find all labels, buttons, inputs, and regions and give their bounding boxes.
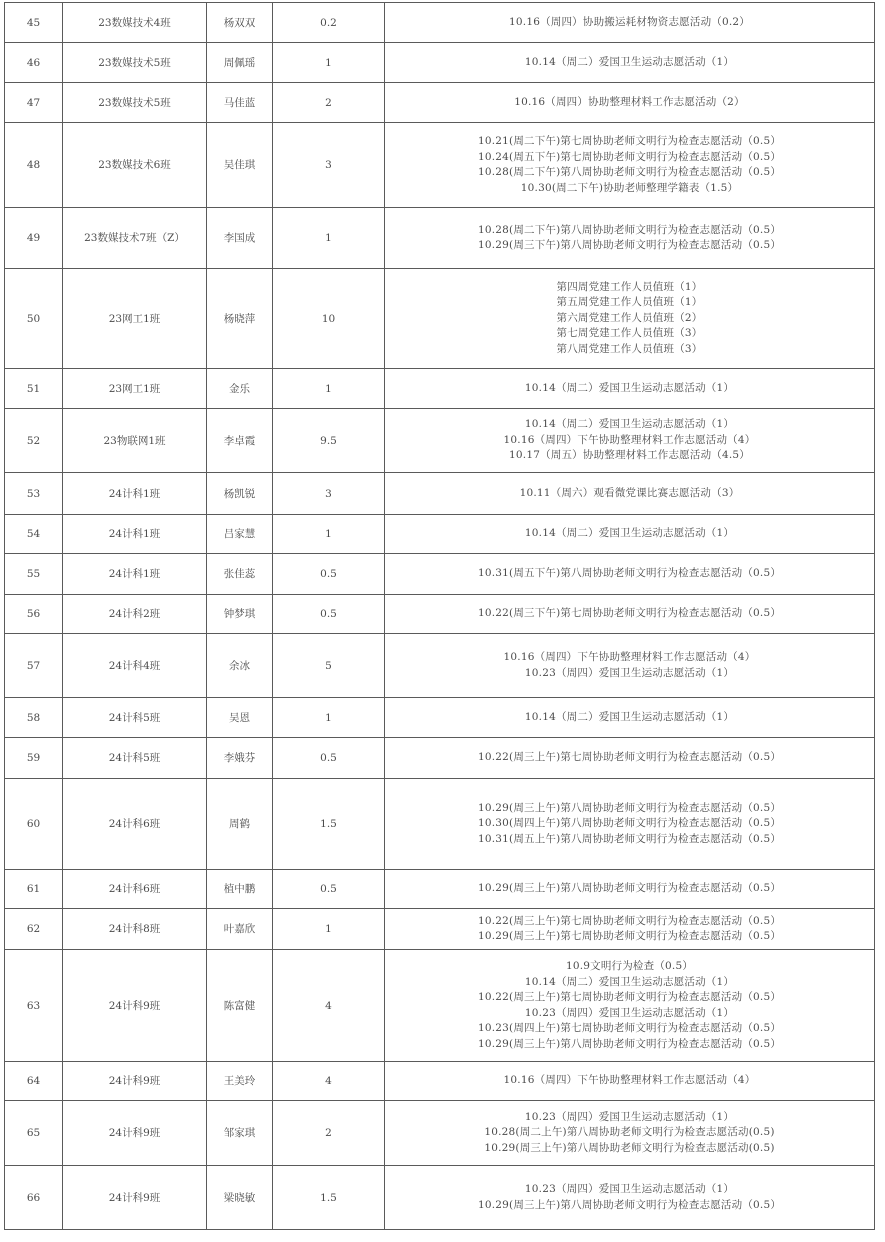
activity-description-cell: 10.22(周三上午)第七周协助老师文明行为检查志愿活动（0.5）10.29(周…: [385, 909, 875, 950]
activity-line: 10.30(周四上午)第八周协助老师文明行为检查志愿活动（0.5）: [387, 816, 872, 832]
hours-cell: 4: [273, 1062, 385, 1101]
student-name-cell: 李娥芬: [207, 738, 273, 779]
activity-line: 10.29(周三上午)第七周协助老师文明行为检查志愿活动（0.5）: [387, 929, 872, 945]
activity-line: 10.14（周二）爱国卫生运动志愿活动（1）: [387, 381, 872, 397]
table-row: 66 24计科9班 梁晓敏 1.5 10.23（周四）爱国卫生运动志愿活动（1）…: [5, 1166, 875, 1230]
table-row: 63 24计科9班 陈富健 4 10.9文明行为检查（0.5）10.14（周二）…: [5, 950, 875, 1062]
class-cell: 24计科9班: [63, 1101, 207, 1166]
activity-description-cell: 10.22(周三上午)第七周协助老师文明行为检查志愿活动（0.5）: [385, 738, 875, 779]
activity-line: 10.28(周二下午)第八周协助老师文明行为检查志愿活动（0.5）: [387, 165, 872, 181]
student-name-cell: 金乐: [207, 369, 273, 409]
activity-line: 10.23（周四）爱国卫生运动志愿活动（1）: [387, 666, 872, 682]
activity-description-cell: 第四周党建工作人员值班（1）第五周党建工作人员值班（1）第六周党建工作人员值班（…: [385, 269, 875, 369]
activity-line: 第七周党建工作人员值班（3）: [387, 326, 872, 342]
student-name-cell: 植中鹏: [207, 870, 273, 909]
student-name-cell: 杨双双: [207, 3, 273, 43]
class-cell: 23数媒技术5班: [63, 83, 207, 123]
student-name-cell: 余冰: [207, 634, 273, 698]
student-name-cell: 梁晓敏: [207, 1166, 273, 1230]
student-name-cell: 杨凯锐: [207, 473, 273, 515]
row-number-cell: 60: [5, 779, 63, 870]
activity-description-cell: 10.29(周三上午)第八周协助老师文明行为检查志愿活动（0.5）: [385, 870, 875, 909]
student-name-cell: 吴佳琪: [207, 123, 273, 208]
activity-line: 10.14（周二）爱国卫生运动志愿活动（1）: [387, 710, 872, 726]
activity-line: 10.31(周五下午)第八周协助老师文明行为检查志愿活动（0.5）: [387, 566, 872, 582]
table-row: 62 24计科8班 叶嘉欣 1 10.22(周三上午)第七周协助老师文明行为检查…: [5, 909, 875, 950]
class-cell: 24计科5班: [63, 698, 207, 738]
activity-line: 10.29(周三上午)第八周协助老师文明行为检查志愿活动(0.5): [387, 1141, 872, 1157]
activity-line: 10.16（周四）协助搬运耗材物资志愿活动（0.2）: [387, 15, 872, 31]
table-body: 45 23数媒技术4班 杨双双 0.2 10.16（周四）协助搬运耗材物资志愿活…: [5, 3, 875, 1230]
table-row: 60 24计科6班 周鹤 1.5 10.29(周三上午)第八周协助老师文明行为检…: [5, 779, 875, 870]
table-row: 48 23数媒技术6班 吴佳琪 3 10.21(周二下午)第七周协助老师文明行为…: [5, 123, 875, 208]
hours-cell: 3: [273, 123, 385, 208]
activity-description-cell: 10.28(周二下午)第八周协助老师文明行为检查志愿活动（0.5）10.29(周…: [385, 208, 875, 269]
activity-description-cell: 10.16（周四）下午协助整理材料工作志愿活动（4）10.23（周四）爱国卫生运…: [385, 634, 875, 698]
activity-line: 10.14（周二）爱国卫生运动志愿活动（1）: [387, 417, 872, 433]
hours-cell: 1: [273, 208, 385, 269]
activity-description-cell: 10.16（周四）协助搬运耗材物资志愿活动（0.2）: [385, 3, 875, 43]
hours-cell: 1: [273, 43, 385, 83]
activity-line: 10.31(周五上午)第八周协助老师文明行为检查志愿活动（0.5）: [387, 832, 872, 848]
hours-cell: 1.5: [273, 779, 385, 870]
hours-cell: 2: [273, 83, 385, 123]
table-row: 65 24计科9班 邹家琪 2 10.23（周四）爱国卫生运动志愿活动（1）10…: [5, 1101, 875, 1166]
activity-line: 10.29(周三上午)第八周协助老师文明行为检查志愿活动（0.5）: [387, 1037, 872, 1053]
activity-line: 10.16（周四）下午协助整理材料工作志愿活动（4）: [387, 433, 872, 449]
table-row: 47 23数媒技术5班 马佳蓝 2 10.16（周四）协助整理材料工作志愿活动（…: [5, 83, 875, 123]
activity-description-cell: 10.11（周六）观看微党课比赛志愿活动（3）: [385, 473, 875, 515]
activity-line: 10.9文明行为检查（0.5）: [387, 959, 872, 975]
activity-description-cell: 10.23（周四）爱国卫生运动志愿活动（1）10.28(周二上午)第八周协助老师…: [385, 1101, 875, 1166]
activity-line: 10.14（周二）爱国卫生运动志愿活动（1）: [387, 55, 872, 71]
table-row: 57 24计科4班 余冰 5 10.16（周四）下午协助整理材料工作志愿活动（4…: [5, 634, 875, 698]
activity-line: 10.16（周四）下午协助整理材料工作志愿活动（4）: [387, 1073, 872, 1089]
student-name-cell: 周佩瑶: [207, 43, 273, 83]
row-number-cell: 54: [5, 515, 63, 554]
row-number-cell: 47: [5, 83, 63, 123]
table-row: 50 23网工1班 杨晓萍 10 第四周党建工作人员值班（1）第五周党建工作人员…: [5, 269, 875, 369]
activity-description-cell: 10.31(周五下午)第八周协助老师文明行为检查志愿活动（0.5）: [385, 554, 875, 595]
class-cell: 23网工1班: [63, 269, 207, 369]
table-row: 52 23物联网1班 李卓霞 9.5 10.14（周二）爱国卫生运动志愿活动（1…: [5, 409, 875, 473]
activity-description-cell: 10.14（周二）爱国卫生运动志愿活动（1）10.16（周四）下午协助整理材料工…: [385, 409, 875, 473]
row-number-cell: 48: [5, 123, 63, 208]
row-number-cell: 58: [5, 698, 63, 738]
hours-cell: 1: [273, 369, 385, 409]
activity-description-cell: 10.9文明行为检查（0.5）10.14（周二）爱国卫生运动志愿活动（1）10.…: [385, 950, 875, 1062]
activity-line: 10.16（周四）下午协助整理材料工作志愿活动（4）: [387, 650, 872, 666]
hours-cell: 0.5: [273, 554, 385, 595]
hours-cell: 2: [273, 1101, 385, 1166]
table-row: 58 24计科5班 吴恩 1 10.14（周二）爱国卫生运动志愿活动（1）: [5, 698, 875, 738]
activity-line: 10.29(周三上午)第八周协助老师文明行为检查志愿活动（0.5）: [387, 1198, 872, 1214]
row-number-cell: 64: [5, 1062, 63, 1101]
class-cell: 24计科6班: [63, 870, 207, 909]
hours-cell: 0.2: [273, 3, 385, 43]
row-number-cell: 59: [5, 738, 63, 779]
student-name-cell: 吴恩: [207, 698, 273, 738]
hours-cell: 0.5: [273, 738, 385, 779]
table-row: 61 24计科6班 植中鹏 0.5 10.29(周三上午)第八周协助老师文明行为…: [5, 870, 875, 909]
class-cell: 23数媒技术6班: [63, 123, 207, 208]
activity-line: 10.23（周四）爱国卫生运动志愿活动（1）: [387, 1110, 872, 1126]
student-name-cell: 李卓霞: [207, 409, 273, 473]
row-number-cell: 51: [5, 369, 63, 409]
row-number-cell: 50: [5, 269, 63, 369]
student-name-cell: 钟梦琪: [207, 595, 273, 634]
activity-line: 10.29(周三上午)第八周协助老师文明行为检查志愿活动（0.5）: [387, 881, 872, 897]
activity-line: 10.23（周四）爱国卫生运动志愿活动（1）: [387, 1182, 872, 1198]
class-cell: 23数媒技术4班: [63, 3, 207, 43]
class-cell: 24计科2班: [63, 595, 207, 634]
student-name-cell: 张佳蕊: [207, 554, 273, 595]
student-name-cell: 杨晓萍: [207, 269, 273, 369]
hours-cell: 4: [273, 950, 385, 1062]
activity-line: 10.28(周二下午)第八周协助老师文明行为检查志愿活动（0.5）: [387, 223, 872, 239]
row-number-cell: 55: [5, 554, 63, 595]
class-cell: 23数媒技术7班（Z）: [63, 208, 207, 269]
activity-description-cell: 10.16（周四）下午协助整理材料工作志愿活动（4）: [385, 1062, 875, 1101]
activity-line: 第四周党建工作人员值班（1）: [387, 280, 872, 296]
table-row: 59 24计科5班 李娥芬 0.5 10.22(周三上午)第七周协助老师文明行为…: [5, 738, 875, 779]
activity-line: 10.16（周四）协助整理材料工作志愿活动（2）: [387, 95, 872, 111]
class-cell: 23物联网1班: [63, 409, 207, 473]
class-cell: 24计科1班: [63, 473, 207, 515]
student-name-cell: 李国成: [207, 208, 273, 269]
student-name-cell: 陈富健: [207, 950, 273, 1062]
activity-line: 10.22(周三下午)第七周协助老师文明行为检查志愿活动（0.5）: [387, 606, 872, 622]
student-name-cell: 叶嘉欣: [207, 909, 273, 950]
activity-line: 10.14（周二）爱国卫生运动志愿活动（1）: [387, 975, 872, 991]
activity-line: 10.14（周二）爱国卫生运动志愿活动（1）: [387, 526, 872, 542]
row-number-cell: 61: [5, 870, 63, 909]
class-cell: 24计科6班: [63, 779, 207, 870]
activity-description-cell: 10.21(周二下午)第七周协助老师文明行为检查志愿活动（0.5）10.24(周…: [385, 123, 875, 208]
student-name-cell: 周鹤: [207, 779, 273, 870]
activity-line: 10.17（周五）协助整理材料工作志愿活动（4.5）: [387, 448, 872, 464]
class-cell: 24计科5班: [63, 738, 207, 779]
class-cell: 24计科9班: [63, 1062, 207, 1101]
row-number-cell: 52: [5, 409, 63, 473]
activity-description-cell: 10.23（周四）爱国卫生运动志愿活动（1）10.29(周三上午)第八周协助老师…: [385, 1166, 875, 1230]
activity-description-cell: 10.14（周二）爱国卫生运动志愿活动（1）: [385, 698, 875, 738]
activity-line: 10.11（周六）观看微党课比赛志愿活动（3）: [387, 486, 872, 502]
activity-line: 10.28(周二上午)第八周协助老师文明行为检查志愿活动(0.5): [387, 1125, 872, 1141]
class-cell: 24计科9班: [63, 1166, 207, 1230]
activity-line: 10.30(周二下午)协助老师整理学籍表（1.5）: [387, 181, 872, 197]
activity-description-cell: 10.14（周二）爱国卫生运动志愿活动（1）: [385, 515, 875, 554]
activity-line: 10.21(周二下午)第七周协助老师文明行为检查志愿活动（0.5）: [387, 134, 872, 150]
row-number-cell: 49: [5, 208, 63, 269]
table-row: 56 24计科2班 钟梦琪 0.5 10.22(周三下午)第七周协助老师文明行为…: [5, 595, 875, 634]
hours-cell: 0.5: [273, 595, 385, 634]
row-number-cell: 53: [5, 473, 63, 515]
activity-line: 10.29(周三上午)第八周协助老师文明行为检查志愿活动（0.5）: [387, 801, 872, 817]
row-number-cell: 46: [5, 43, 63, 83]
activity-line: 第八周党建工作人员值班（3）: [387, 342, 872, 358]
activity-line: 10.29(周三下午)第八周协助老师文明行为检查志愿活动（0.5）: [387, 238, 872, 254]
row-number-cell: 57: [5, 634, 63, 698]
activity-description-cell: 10.22(周三下午)第七周协助老师文明行为检查志愿活动（0.5）: [385, 595, 875, 634]
hours-cell: 9.5: [273, 409, 385, 473]
activity-description-cell: 10.14（周二）爱国卫生运动志愿活动（1）: [385, 43, 875, 83]
activity-description-cell: 10.14（周二）爱国卫生运动志愿活动（1）: [385, 369, 875, 409]
table-row: 51 23网工1班 金乐 1 10.14（周二）爱国卫生运动志愿活动（1）: [5, 369, 875, 409]
hours-cell: 10: [273, 269, 385, 369]
table-row: 53 24计科1班 杨凯锐 3 10.11（周六）观看微党课比赛志愿活动（3）: [5, 473, 875, 515]
class-cell: 24计科1班: [63, 515, 207, 554]
activity-line: 10.24(周五下午)第七周协助老师文明行为检查志愿活动（0.5）: [387, 150, 872, 166]
table-row: 64 24计科9班 王美玲 4 10.16（周四）下午协助整理材料工作志愿活动（…: [5, 1062, 875, 1101]
table-row: 54 24计科1班 吕家慧 1 10.14（周二）爱国卫生运动志愿活动（1）: [5, 515, 875, 554]
student-name-cell: 吕家慧: [207, 515, 273, 554]
row-number-cell: 65: [5, 1101, 63, 1166]
hours-cell: 1: [273, 698, 385, 738]
student-name-cell: 马佳蓝: [207, 83, 273, 123]
activity-line: 第五周党建工作人员值班（1）: [387, 295, 872, 311]
table-row: 55 24计科1班 张佳蕊 0.5 10.31(周五下午)第八周协助老师文明行为…: [5, 554, 875, 595]
table-row: 46 23数媒技术5班 周佩瑶 1 10.14（周二）爱国卫生运动志愿活动（1）: [5, 43, 875, 83]
table-row: 45 23数媒技术4班 杨双双 0.2 10.16（周四）协助搬运耗材物资志愿活…: [5, 3, 875, 43]
activity-line: 10.23（周四）爱国卫生运动志愿活动（1）: [387, 1006, 872, 1022]
activity-line: 10.22(周三上午)第七周协助老师文明行为检查志愿活动（0.5）: [387, 990, 872, 1006]
volunteer-hours-table: 45 23数媒技术4班 杨双双 0.2 10.16（周四）协助搬运耗材物资志愿活…: [4, 2, 875, 1230]
student-name-cell: 王美玲: [207, 1062, 273, 1101]
activity-description-cell: 10.16（周四）协助整理材料工作志愿活动（2）: [385, 83, 875, 123]
activity-description-cell: 10.29(周三上午)第八周协助老师文明行为检查志愿活动（0.5）10.30(周…: [385, 779, 875, 870]
class-cell: 24计科4班: [63, 634, 207, 698]
row-number-cell: 45: [5, 3, 63, 43]
activity-line: 10.22(周三上午)第七周协助老师文明行为检查志愿活动（0.5）: [387, 914, 872, 930]
table-row: 49 23数媒技术7班（Z） 李国成 1 10.28(周二下午)第八周协助老师文…: [5, 208, 875, 269]
hours-cell: 0.5: [273, 870, 385, 909]
hours-cell: 3: [273, 473, 385, 515]
row-number-cell: 63: [5, 950, 63, 1062]
class-cell: 23数媒技术5班: [63, 43, 207, 83]
hours-cell: 1: [273, 909, 385, 950]
row-number-cell: 66: [5, 1166, 63, 1230]
activity-line: 10.22(周三上午)第七周协助老师文明行为检查志愿活动（0.5）: [387, 750, 872, 766]
class-cell: 23网工1班: [63, 369, 207, 409]
hours-cell: 1: [273, 515, 385, 554]
class-cell: 24计科1班: [63, 554, 207, 595]
class-cell: 24计科8班: [63, 909, 207, 950]
activity-line: 10.23(周四上午)第七周协助老师文明行为检查志愿活动（0.5）: [387, 1021, 872, 1037]
class-cell: 24计科9班: [63, 950, 207, 1062]
row-number-cell: 62: [5, 909, 63, 950]
hours-cell: 5: [273, 634, 385, 698]
student-name-cell: 邹家琪: [207, 1101, 273, 1166]
activity-line: 第六周党建工作人员值班（2）: [387, 311, 872, 327]
hours-cell: 1.5: [273, 1166, 385, 1230]
row-number-cell: 56: [5, 595, 63, 634]
